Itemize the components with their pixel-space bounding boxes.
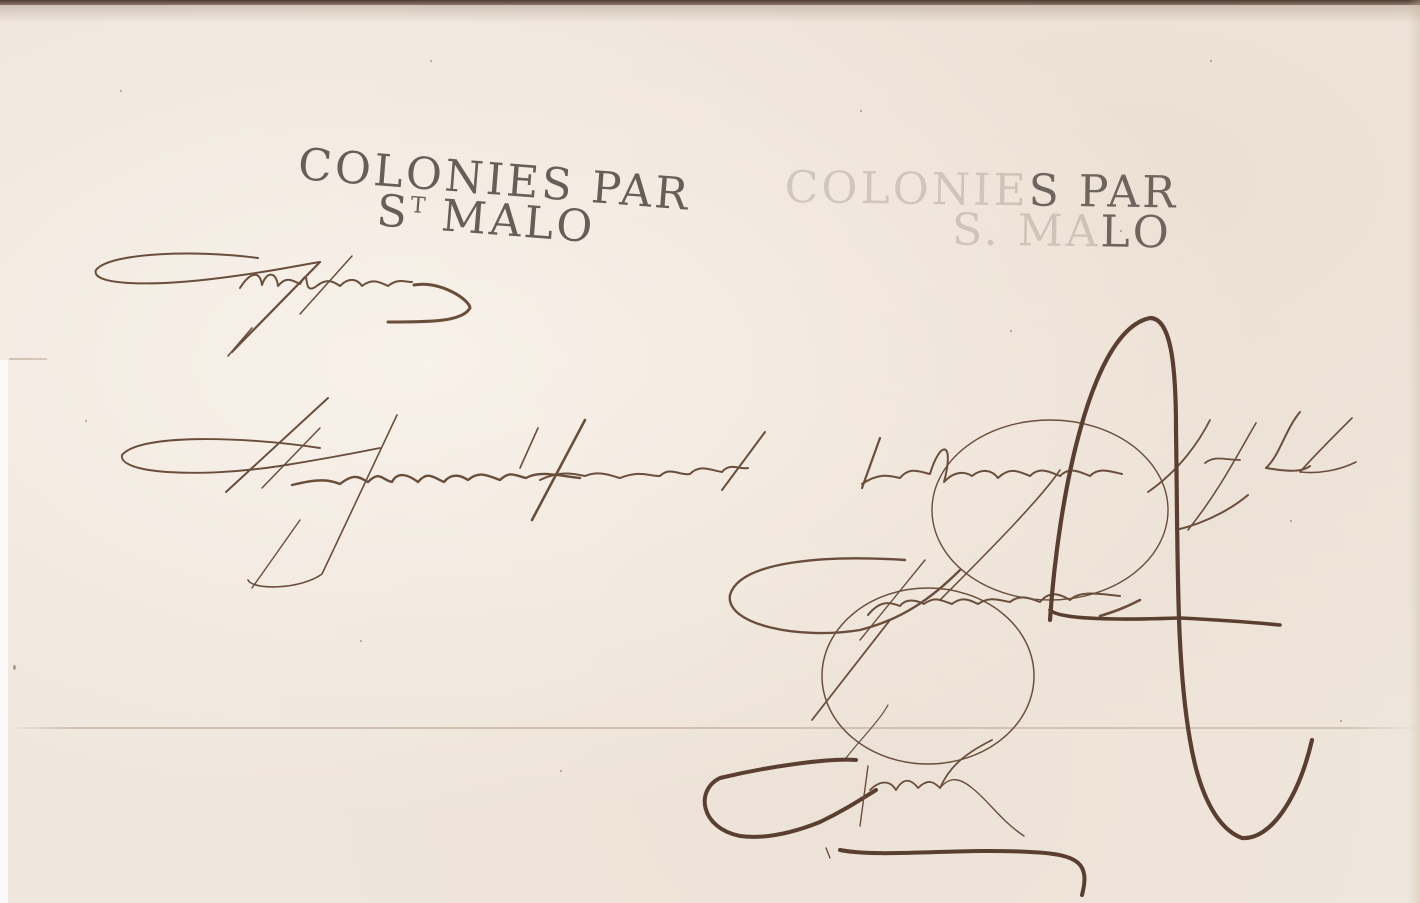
- rate-mark-4: [1050, 318, 1312, 838]
- address-line-2: [730, 558, 1140, 764]
- salutation-messieurs: [96, 254, 470, 356]
- handwriting-layer: [0, 0, 1420, 903]
- address-line-3: [705, 705, 1085, 895]
- flourish-circle-lower: [822, 588, 1034, 764]
- address-line-1: [122, 398, 1356, 588]
- letter-cover: COLONIES PAR ST MALO COLONIES PAR S. MAL…: [0, 0, 1420, 903]
